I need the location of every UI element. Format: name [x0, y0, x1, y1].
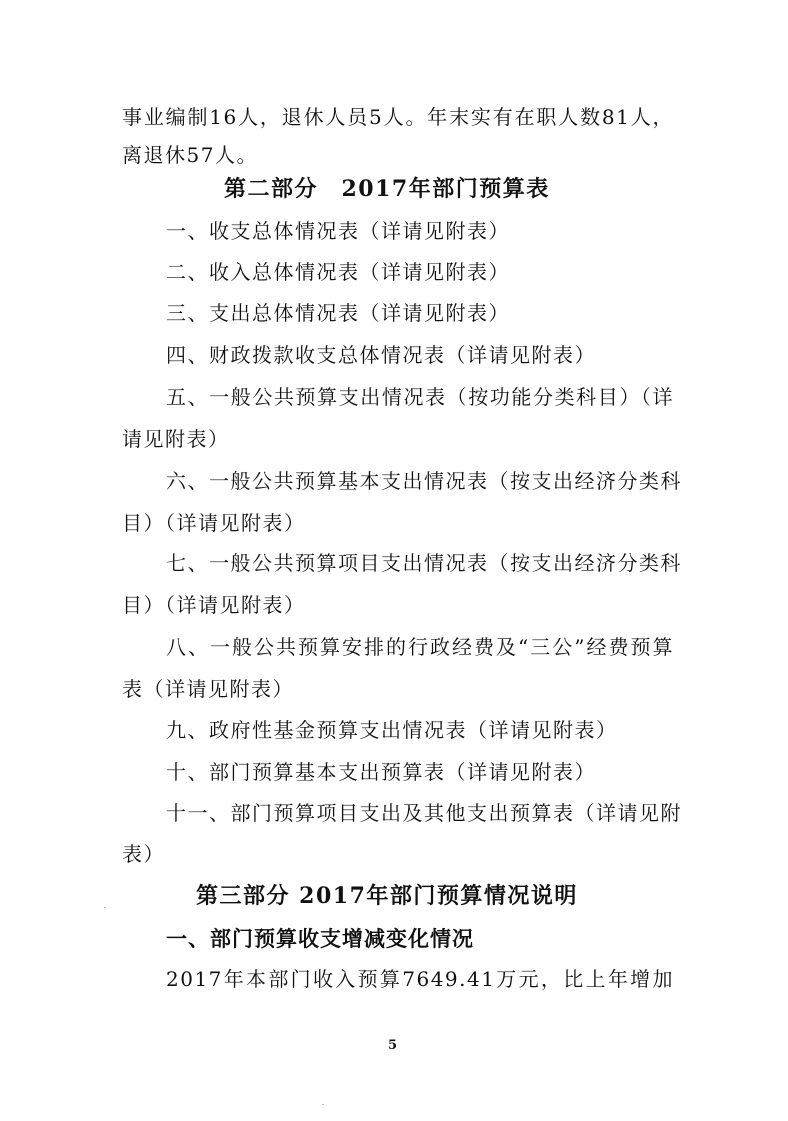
part2-item-8-line-2: 表（详请见附表）	[122, 677, 294, 701]
part2-item-4: 四、财政拨款收支总体情况表（详请见附表）	[166, 343, 596, 367]
part2-item-7-line-1: 七、一般公共预算项目支出情况表（按支出经济分类科	[166, 551, 674, 575]
part3-title: 第三部分 2017年部门预算情况说明	[196, 883, 578, 909]
part2-item-6-line-2: 目）（详请见附表）	[122, 511, 306, 535]
part2-item-5-line-2: 请见附表）	[122, 427, 230, 451]
part2-item-8-text-1: 八、一般公共预算安排的行政经费及“三公”经费预算	[166, 635, 674, 659]
document-page: 事业编制16人，退休人员5人。年末实有在职人数81人， 离退休57人。 第二部分…	[0, 0, 788, 1121]
intro-line-2: 离退休57人。	[122, 143, 258, 167]
part2-item-7-line-2: 目）（详请见附表）	[122, 593, 306, 617]
part2-item-6-line-1: 六、一般公共预算基本支出情况表（按支出经济分类科	[166, 469, 674, 493]
part2-item-5-line-1: 五、一般公共预算支出情况表（按功能分类科目）（详	[166, 385, 674, 409]
part2-item-3: 三、支出总体情况表（详请见附表）	[166, 301, 510, 325]
part2-item-10: 十、部门预算基本支出预算表（详请见附表）	[166, 760, 596, 784]
part2-item-6-text-1: 六、一般公共预算基本支出情况表（按支出经济分类科	[166, 469, 674, 493]
intro-text-1: 事业编制16人，退休人员5人。年末实有在职人数81人，	[122, 105, 674, 129]
part2-item-11-text-1: 十一、部门预算项目支出及其他支出预算表（详请见附	[166, 801, 674, 825]
section1-text: 2017年本部门收入预算7649.41万元，比上年增加	[166, 967, 674, 991]
part2-item-9: 九、政府性基金预算支出情况表（详请见附表）	[166, 718, 618, 742]
part2-item-7-text-1: 七、一般公共预算项目支出情况表（按支出经济分类科	[166, 551, 674, 575]
part2-item-8-line-1: 八、一般公共预算安排的行政经费及“三公”经费预算	[166, 635, 674, 659]
part2-item-5-text-1: 五、一般公共预算支出情况表（按功能分类科目）（详	[166, 385, 674, 409]
part2-item-11-line-1: 十一、部门预算项目支出及其他支出预算表（详请见附	[166, 801, 674, 825]
part2-item-11-line-2: 表）	[122, 842, 165, 866]
part2-item-1: 一、收支总体情况表（详请见附表）	[166, 219, 510, 243]
section1-heading: 一、部门预算收支增减变化情况	[166, 926, 474, 952]
page-number: 5	[388, 1038, 397, 1053]
intro-line-1: 事业编制16人，退休人员5人。年末实有在职人数81人，	[122, 105, 674, 129]
section1-text-line-1: 2017年本部门收入预算7649.41万元，比上年增加	[166, 967, 674, 991]
part2-item-2: 二、收入总体情况表（详请见附表）	[166, 260, 510, 284]
scan-speck	[104, 907, 106, 908]
part2-title: 第二部分 2017年部门预算表	[224, 176, 550, 202]
scan-speck	[322, 1104, 324, 1105]
